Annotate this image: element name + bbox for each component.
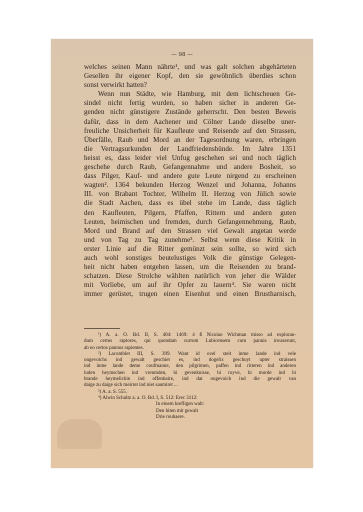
body-line: dafür, dass in dem Aachener und Cölner L… [84, 118, 296, 127]
body-line: dass Pilger, Kauf- und andere gute Leute… [84, 172, 296, 181]
body-line: genden nicht günstigere Zustände geherrs… [84, 108, 296, 117]
body-line: wagten². 1364 bekunden Herzog Wenzel und… [84, 181, 296, 190]
body-line: Mord und Brand auf den Strassen viel Gew… [84, 227, 296, 236]
body-line: sindel nicht fertig wurden, so haben sic… [84, 99, 296, 108]
body-line: heisst es, dass leider viel Unfug gesche… [84, 154, 296, 163]
footnote-divider [84, 328, 120, 329]
body-line: sonst verwirkt hatten? [84, 81, 296, 90]
body-line: welches seinen Mann nährte¹, und was gal… [84, 63, 296, 72]
footnote-line: dum certos raptores, qui quondam currum … [84, 339, 296, 345]
body-line: die Vertragsurkunden der Landfriedensbün… [84, 145, 296, 154]
body-line: mit Vorliebe, um auf ihr Opfer zu lauern… [84, 281, 296, 290]
body-line: heit nicht haben entgehen lassen, um die… [84, 263, 296, 272]
footnote-line: ind inme lande deme coufmanne, den pilgr… [84, 364, 296, 370]
body-line: freuliche Unsicherheit für Kaufleute und… [84, 127, 296, 136]
body-line: die Stadt Aachen, dass es übel stehe im … [84, 199, 296, 208]
body-line: und von Tag zu Tag zunehme³. Selbst wenn… [84, 236, 296, 245]
body-line: erster Linie auf die Ritter gemünzt sein… [84, 245, 296, 254]
body-line: Überfälle, Raub und Mord an der Tagesord… [84, 136, 296, 145]
thumbprint-smudge [57, 419, 102, 449]
body-line: immer gerüstet, trugen einen Eisenhut un… [84, 290, 296, 299]
body-line: Gesellen ihr eigener Kopf, den sie gewöh… [84, 72, 296, 81]
body-line: schatzen. Diese Strolche wählten natürli… [84, 272, 296, 281]
scanned-page: — 98 — welches seinen Mann nährte¹, und … [51, 39, 313, 468]
page-number: — 98 — [51, 52, 313, 58]
body-line: den Kaufleuten, Pilgern, Pfaffen, Ritter… [84, 209, 296, 218]
body-line: auch wohl sonstiges beutelustiges Volk d… [84, 254, 296, 263]
body-line: III. von Brabant Tochter, Wilhelm II. He… [84, 190, 296, 199]
footnotes: ¹) A. a. O. Bd. II, S. 404: 1469: 4 ß Ni… [84, 333, 296, 421]
body-line: geschehe durch Raub, Gefangennahme und a… [84, 163, 296, 172]
body-line: Wenn nun Städte, wie Hamburg, mit dem li… [84, 90, 296, 99]
body-text: welches seinen Mann nährte¹, und was gal… [84, 63, 296, 299]
verse-line: Drie roubaere. [84, 415, 296, 421]
body-line: Leuten, heimischen und fremden, durch Ge… [84, 218, 296, 227]
